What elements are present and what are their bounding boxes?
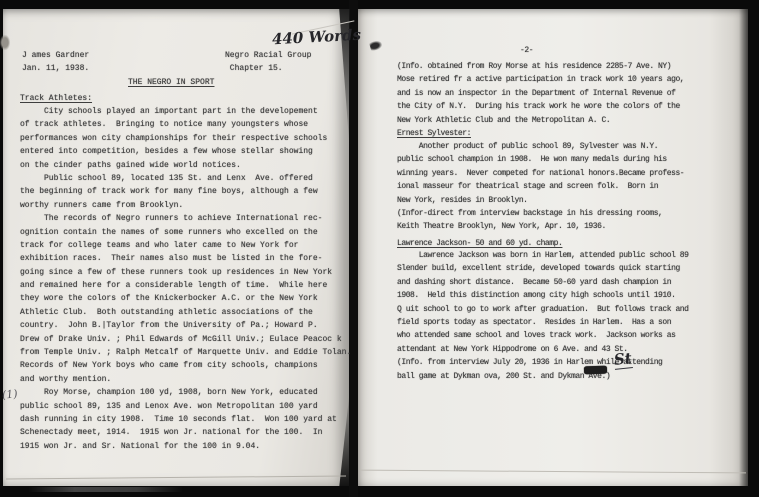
ink-strikethrough-mark <box>584 366 607 375</box>
text-line: Keith Theatre Brooklyn, New York, Apr. 1… <box>397 220 684 233</box>
section-heading-ernest-sylvester: Ernest Sylvester: <box>397 127 471 140</box>
text-line: Lawrence Jackson was born in Harlem, att… <box>397 249 689 262</box>
text-line: and dashing short distance. Became 50-60… <box>397 276 689 289</box>
text-line: New York, resides in Brooklyn. <box>397 194 684 207</box>
handwritten-margin-mark: (1) <box>1 387 18 402</box>
text-line: Another product of public school 89, Syl… <box>397 140 684 153</box>
text-line: 1908. Held this distinction among city h… <box>397 289 689 302</box>
text-line: the City of N.Y. During his track work h… <box>397 100 684 113</box>
text-line: New York Athletic Club and the Metropoli… <box>397 114 684 127</box>
text-line: attendant at New York Hippodrome on 6 Av… <box>397 343 689 356</box>
body-text-roy-morse-info: (Info. obtained from Roy Morse at his re… <box>397 60 684 127</box>
text-line: who attended same school and loves track… <box>397 329 689 342</box>
text-line: winning years. Never competed for nation… <box>397 167 684 180</box>
handwritten-st-correction: St <box>613 349 633 370</box>
text-line: ional masseur for theatrical stage and s… <box>397 180 684 193</box>
film-scan-background: { "document": { "type": "typewritten man… <box>0 0 759 497</box>
right-page-text: -2-(Info. obtained from Roy Morse at his… <box>0 0 759 497</box>
page-number: -2- <box>520 44 533 57</box>
text-line: (Infor-direct from interview backstage i… <box>397 207 684 220</box>
text-line: -2- <box>520 44 533 57</box>
text-line: Q uit school to go to work after graduat… <box>397 303 689 316</box>
body-text-lawrence-jackson: Lawrence Jackson was born in Harlem, att… <box>397 249 689 383</box>
text-line: Ernest Sylvester: <box>397 127 471 140</box>
text-line: field sports today as spectator. Resides… <box>397 316 689 329</box>
text-line: (Info. from interview July 20, 1936 in H… <box>397 356 689 369</box>
text-line: Mose retired fr a active participation i… <box>397 73 684 86</box>
text-line: public school champion in 1908. He won m… <box>397 153 684 166</box>
text-line: (Info. obtained from Roy Morse at his re… <box>397 60 684 73</box>
body-text-ernest-sylvester: Another product of public school 89, Syl… <box>397 140 684 234</box>
text-line: and is now an inspector in the Departmen… <box>397 87 684 100</box>
text-line: ball game at Dykman ova, 200 St. and Dyk… <box>397 370 689 383</box>
text-line: Slender build, excellent stride, develop… <box>397 262 689 275</box>
